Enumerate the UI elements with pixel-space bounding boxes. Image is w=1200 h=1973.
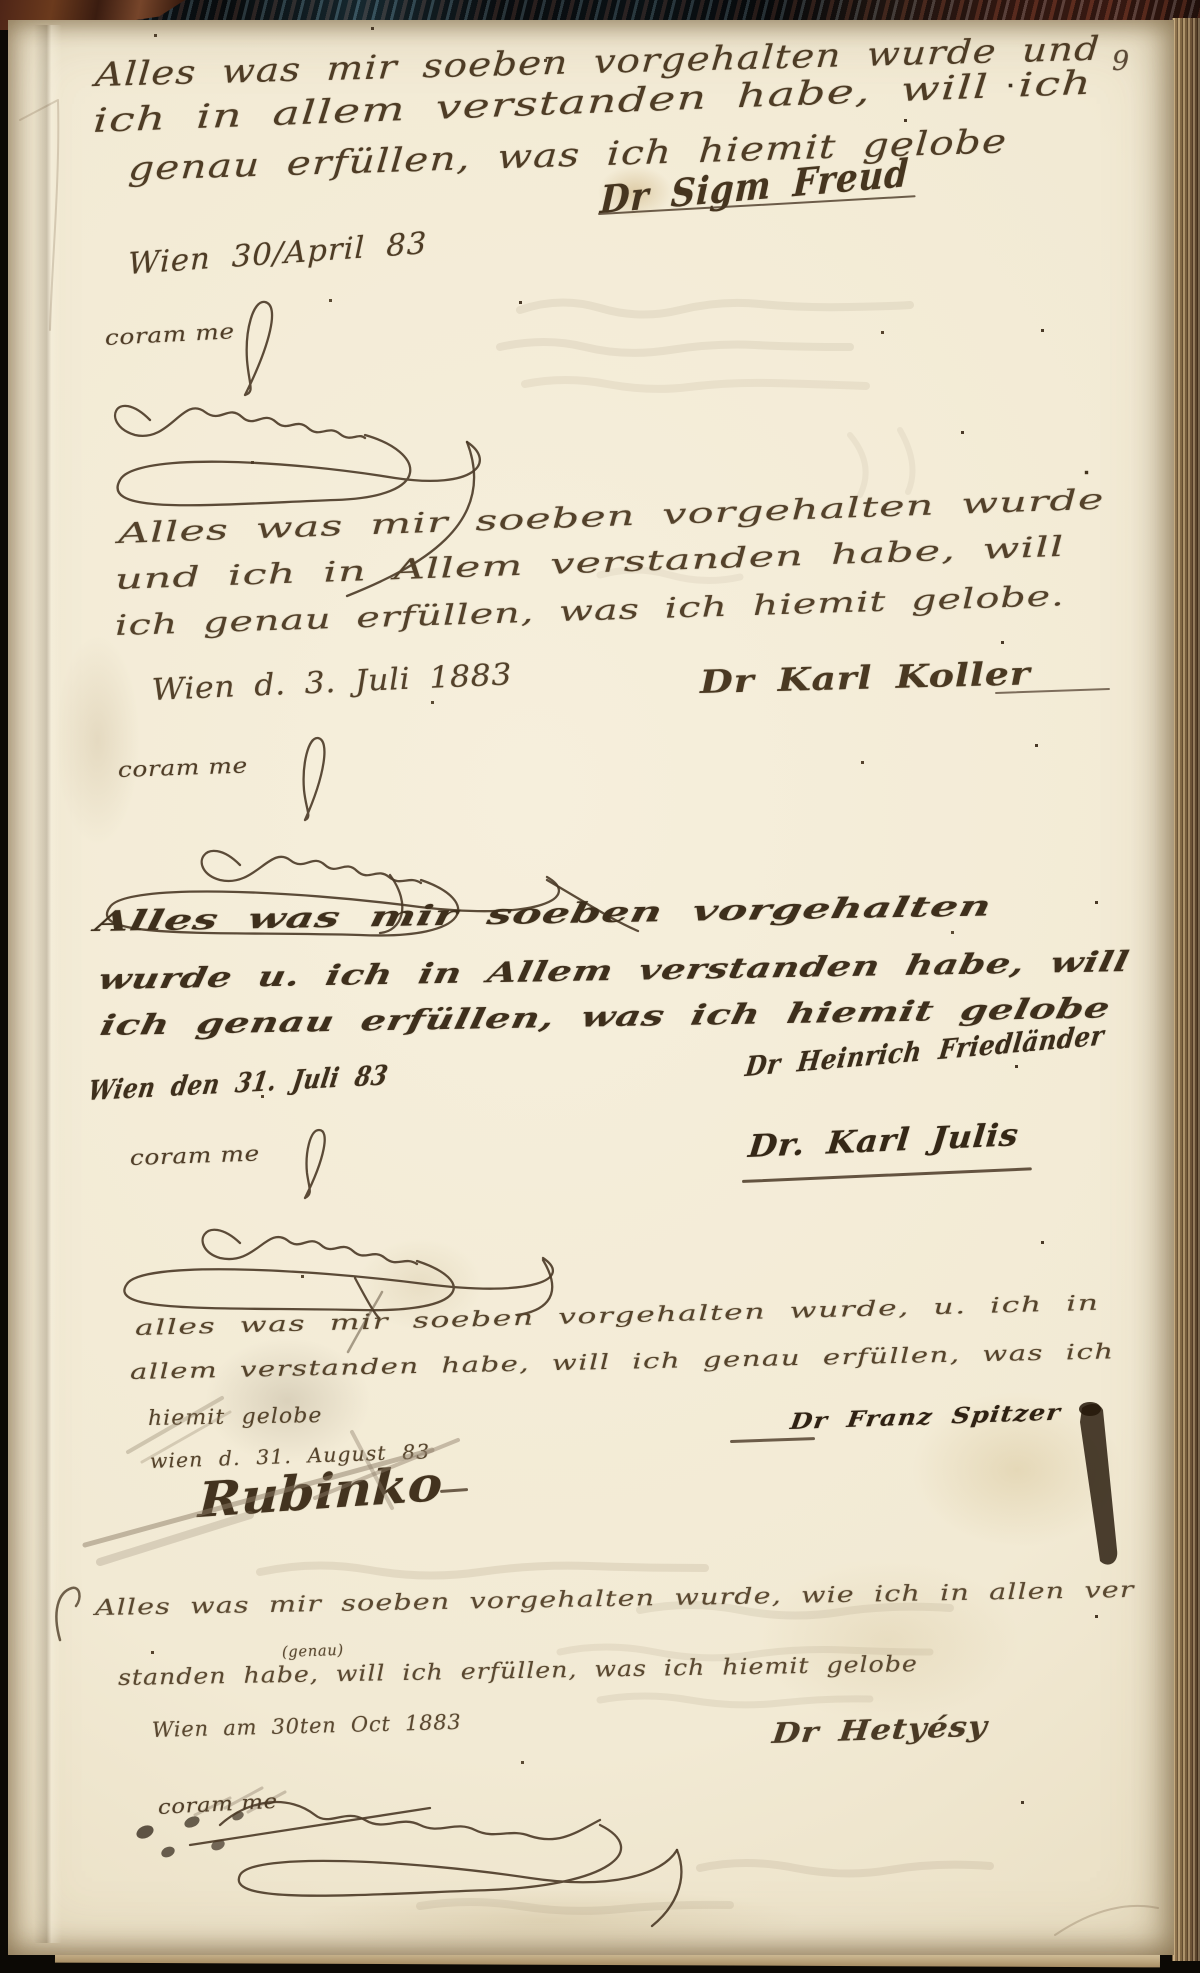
entry-5-insertion-genau: (genau) [282, 1642, 345, 1661]
handwriting-layer: 9 Alles was mir soeben vorgehalten wurde… [0, 0, 1200, 1973]
book-scan: 9 Alles was mir soeben vorgehalten wurde… [0, 0, 1200, 1973]
witness-signature-flourish [130, 1790, 690, 1940]
